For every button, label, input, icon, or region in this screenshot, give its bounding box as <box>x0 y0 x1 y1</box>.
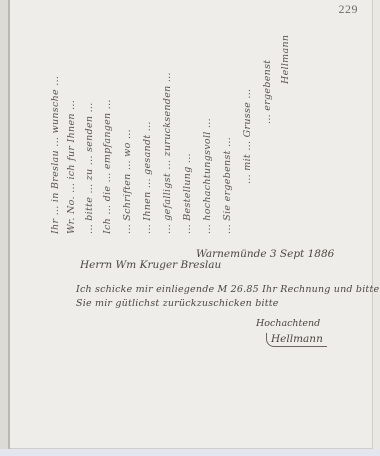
folio-number: 229 <box>339 2 359 17</box>
letter-body-line: Sie mir gütlichst zurückzuschicken bitte <box>76 298 279 309</box>
rotated-line: ... Sie ergebenst ... <box>222 14 236 234</box>
rotated-line: Wr. No. ... ich fur Ihnen ... <box>66 14 80 234</box>
rotated-line: Ihr ... in Breslau ... wunsche ... <box>50 14 64 234</box>
rotated-line: ... gefalligst ... zurucksenden ... <box>162 14 176 234</box>
rotated-margin-text: Ihr ... in Breslau ... wunsche ... Wr. N… <box>50 14 320 234</box>
rotated-signature: Hellmann <box>280 14 294 84</box>
rotated-line: ... mit ... Grusse ... <box>242 14 256 184</box>
rotated-line: ... ergebenst <box>262 14 276 124</box>
rotated-line: ... Bestellung ... <box>182 14 196 234</box>
letter-signature: Hellmann <box>266 333 327 347</box>
rotated-line: ... Ihnen ... gesandt ... <box>142 14 156 234</box>
letter-page: 229 Ihr ... in Breslau ... wunsche ... W… <box>10 0 373 449</box>
scan-margin-right <box>373 0 380 456</box>
letter-body-line: Ich schicke mir einliegende M 26.85 Ihr … <box>76 284 379 295</box>
rotated-line: ... bitte ... zu ... senden ... <box>84 14 98 234</box>
rotated-line: ... Schriften ... wo ... <box>122 14 136 234</box>
letter-closing: Hochachtend <box>256 318 320 329</box>
letter-addressee: Herrn Wm Kruger Breslau <box>80 259 221 271</box>
scan-margin-bottom <box>0 449 380 456</box>
rotated-line: ... hochachtungsvoll ... <box>202 14 216 234</box>
rotated-line: Ich ... die ... empfangen ... <box>102 14 116 234</box>
